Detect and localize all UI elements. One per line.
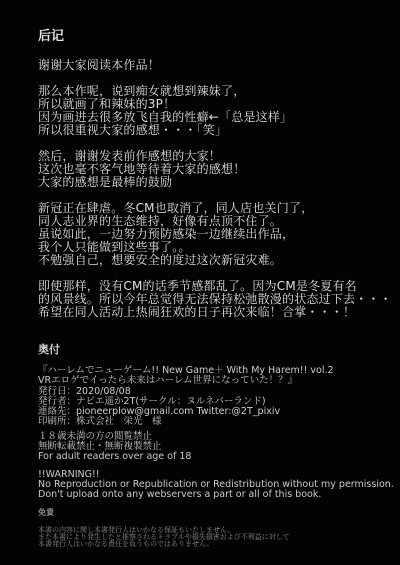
warning-line: Don't upload onto any webservers a part … — [38, 490, 380, 500]
afterword-paragraph: 即使那样，没有CM的话季节感都乱了。因为CM是冬夏有名 的风景线。所以今年总觉得… — [38, 280, 380, 319]
afterword-heading: 后记 — [38, 30, 380, 43]
colophon-section: 奥付 『ハーレムでニューゲーム!! New Game＋ With My Hare… — [38, 344, 380, 427]
warning-notice: !!WARNING!! No Reproduction or Republica… — [38, 470, 380, 500]
afterword-paragraph: 新冠正在肆虐。冬CM也取消了，同人店也关门了， 同人志业界的生态维持，好像有点顶… — [38, 202, 380, 267]
age-restriction-notice: １８歳未満の方の閲覧禁止 無断転載禁止・無断複製禁止 For adult rea… — [38, 432, 380, 462]
book-title-line: VRエロゲでイったら未来はハーレム世界になっていた！？』 — [38, 376, 380, 386]
publication-info: 発行日：2020/08/08 発行者：ナビエ遥か2T(サークル：ヌルネバーランド… — [38, 387, 380, 427]
afterword-paragraph: 谢谢大家阅读本作品！ — [38, 59, 380, 72]
afterword-paragraph: 然后，谢谢发表前作感想的大家！ 这次也毫不客气地等待着大家的感想！ 大家的感想是… — [38, 150, 380, 189]
text-line: 不勉强自己，想要安全的度过这次新冠灾难。 — [38, 254, 380, 267]
printer: 印刷所：株式会社 栄光 様 — [38, 417, 380, 427]
text-line: 谢谢大家阅读本作品！ — [38, 59, 380, 72]
afterword-section: 后记 谢谢大家阅读本作品！ 那么本作呢，说到痴女就想到辣妹了， 所以就画了和辣妹… — [38, 30, 380, 319]
text-line: 希望在同人活动上热闹狂欢的日子再次来临！合掌・・・！ — [38, 306, 380, 319]
text-line: 大家的感想是最棒的鼓励 — [38, 176, 380, 189]
disclaimer-line: 本書発行人はいかなる責任を負うものではありません。 — [38, 541, 380, 548]
text-line: 所以很重视大家的感想・・・「笑」 — [38, 124, 380, 137]
afterword-paragraph: 那么本作呢，说到痴女就想到辣妹了， 所以就画了和辣妹的3P！ 因为画进去很多放飞… — [38, 85, 380, 137]
colophon-heading: 奥付 — [38, 344, 380, 355]
age-notice-line: For adult readers over age of 18 — [38, 452, 380, 462]
disclaimer-section: 免責 本書の内容に関し本書発行人はいかなる保証もいたしません。 また本書により発… — [38, 509, 380, 548]
book-title: 『ハーレムでニューゲーム!! New Game＋ With My Harem!!… — [38, 366, 380, 386]
disclaimer-heading: 免責 — [38, 509, 380, 517]
afterword-page: 后记 谢谢大家阅读本作品！ 那么本作呢，说到痴女就想到辣妹了， 所以就画了和辣妹… — [0, 0, 400, 565]
